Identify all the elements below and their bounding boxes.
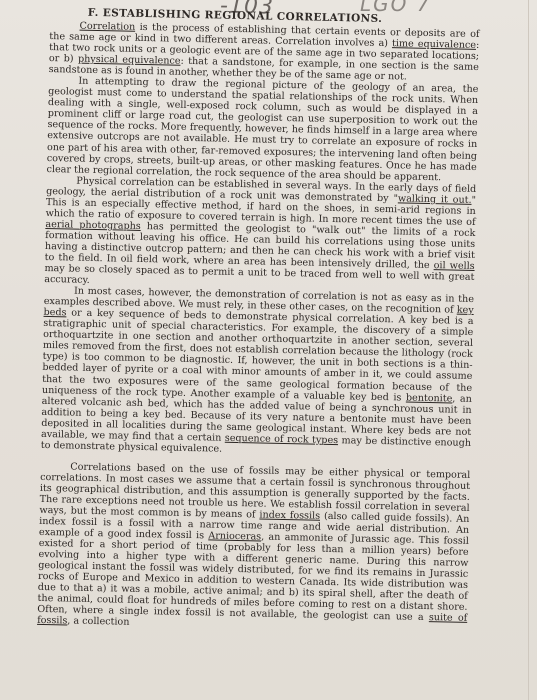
page-edge <box>528 0 529 700</box>
paragraph-indent <box>46 183 76 184</box>
underlined-term: bentonite <box>406 392 453 404</box>
underlined-term: oil wells <box>434 260 475 272</box>
paragraph-indent <box>48 83 78 84</box>
paragraph-correlation-definition: Correlation is the process of establishi… <box>49 20 480 84</box>
document-page: -103 LGO 7 F. ESTABLISHING REGIONAL CORR… <box>0 0 537 700</box>
body-text: or a key sequence of beds to demonstrate… <box>42 308 474 403</box>
paragraph-key-beds: In most cases, however, the demonstratio… <box>41 285 474 460</box>
paragraph-fossil-correlation: Correlations based on the use of fossils… <box>37 461 470 636</box>
body-text: , a collection <box>67 616 129 628</box>
paragraph-physical-correlation: Physical correlation can be established … <box>44 175 476 294</box>
body-text: , an ammonite of Jurassic age. This foss… <box>37 532 469 624</box>
paragraph-indent <box>50 28 80 29</box>
underlined-term: sequence of rock types <box>225 432 338 445</box>
document-body: F. ESTABLISHING REGIONAL CORRELATIONS. C… <box>37 6 480 635</box>
paragraph-indent <box>40 469 70 470</box>
paragraph-regional-picture: In attempting to draw the regional pictu… <box>46 75 478 183</box>
paragraph-indent <box>44 293 74 294</box>
body-text: In attempting to draw the regional pictu… <box>46 76 478 183</box>
